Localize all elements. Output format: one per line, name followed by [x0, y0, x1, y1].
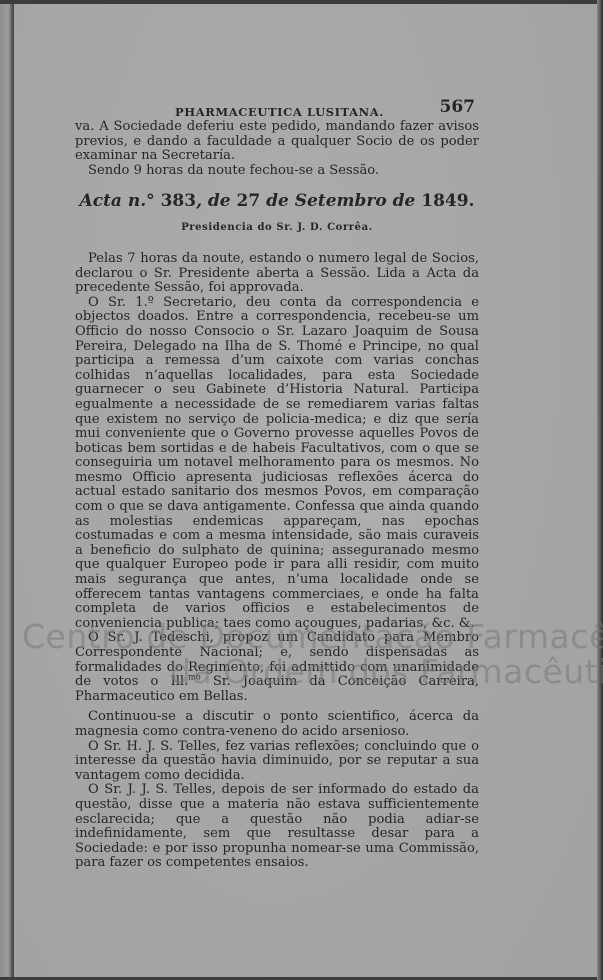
presidency-line: Presidencia do Sr. J. D. Corrêa.	[75, 221, 479, 236]
paragraph-correspondence: O Sr. 1.º Secretario, deu conta da corre…	[75, 296, 479, 632]
minutes-day: 27	[237, 191, 261, 211]
title-month: de Setembro de	[266, 191, 415, 211]
running-head: PHARMACEUTICA LUSITANA. 567	[75, 100, 479, 120]
book-gutter	[0, 0, 14, 980]
session-closing: Sendo 9 horas da noute fechou-se a Sessã…	[75, 164, 479, 179]
running-title: PHARMACEUTICA LUSITANA.	[175, 105, 384, 120]
page-number: 567	[440, 100, 476, 115]
title-prefix: Acta n.°	[80, 191, 155, 211]
title-mid: , de	[196, 191, 231, 211]
text-column: PHARMACEUTICA LUSITANA. 567 va. A Socied…	[75, 100, 479, 871]
page-top-edge	[0, 0, 603, 4]
paragraph-tedeschi: O Sr. J. Tedeschi, propoz um Candidato p…	[75, 631, 479, 704]
paragraph-opening: Pelas 7 horas da noute, estando o numero…	[75, 252, 479, 296]
minutes-number: 383	[161, 191, 197, 211]
minutes-title: Acta n.° 383, de 27 de Setembro de 1849.	[75, 190, 479, 212]
continuation-paragraph: va. A Sociedade deferiu este pedido, man…	[75, 120, 479, 164]
page-right-edge	[597, 0, 603, 980]
minutes-year: 1849.	[421, 191, 474, 211]
scanned-page: PHARMACEUTICA LUSITANA. 567 va. A Socied…	[0, 0, 603, 980]
paragraph-hjs-telles: O Sr. H. J. S. Telles, fez varias reflex…	[75, 740, 479, 784]
paragraph-magnesia: Continuou-se a discutir o ponto scientif…	[75, 710, 479, 739]
title-superscript: mo	[188, 673, 200, 682]
paragraph-jjs-telles: O Sr. J. J. S. Telles, depois de ser inf…	[75, 783, 479, 871]
